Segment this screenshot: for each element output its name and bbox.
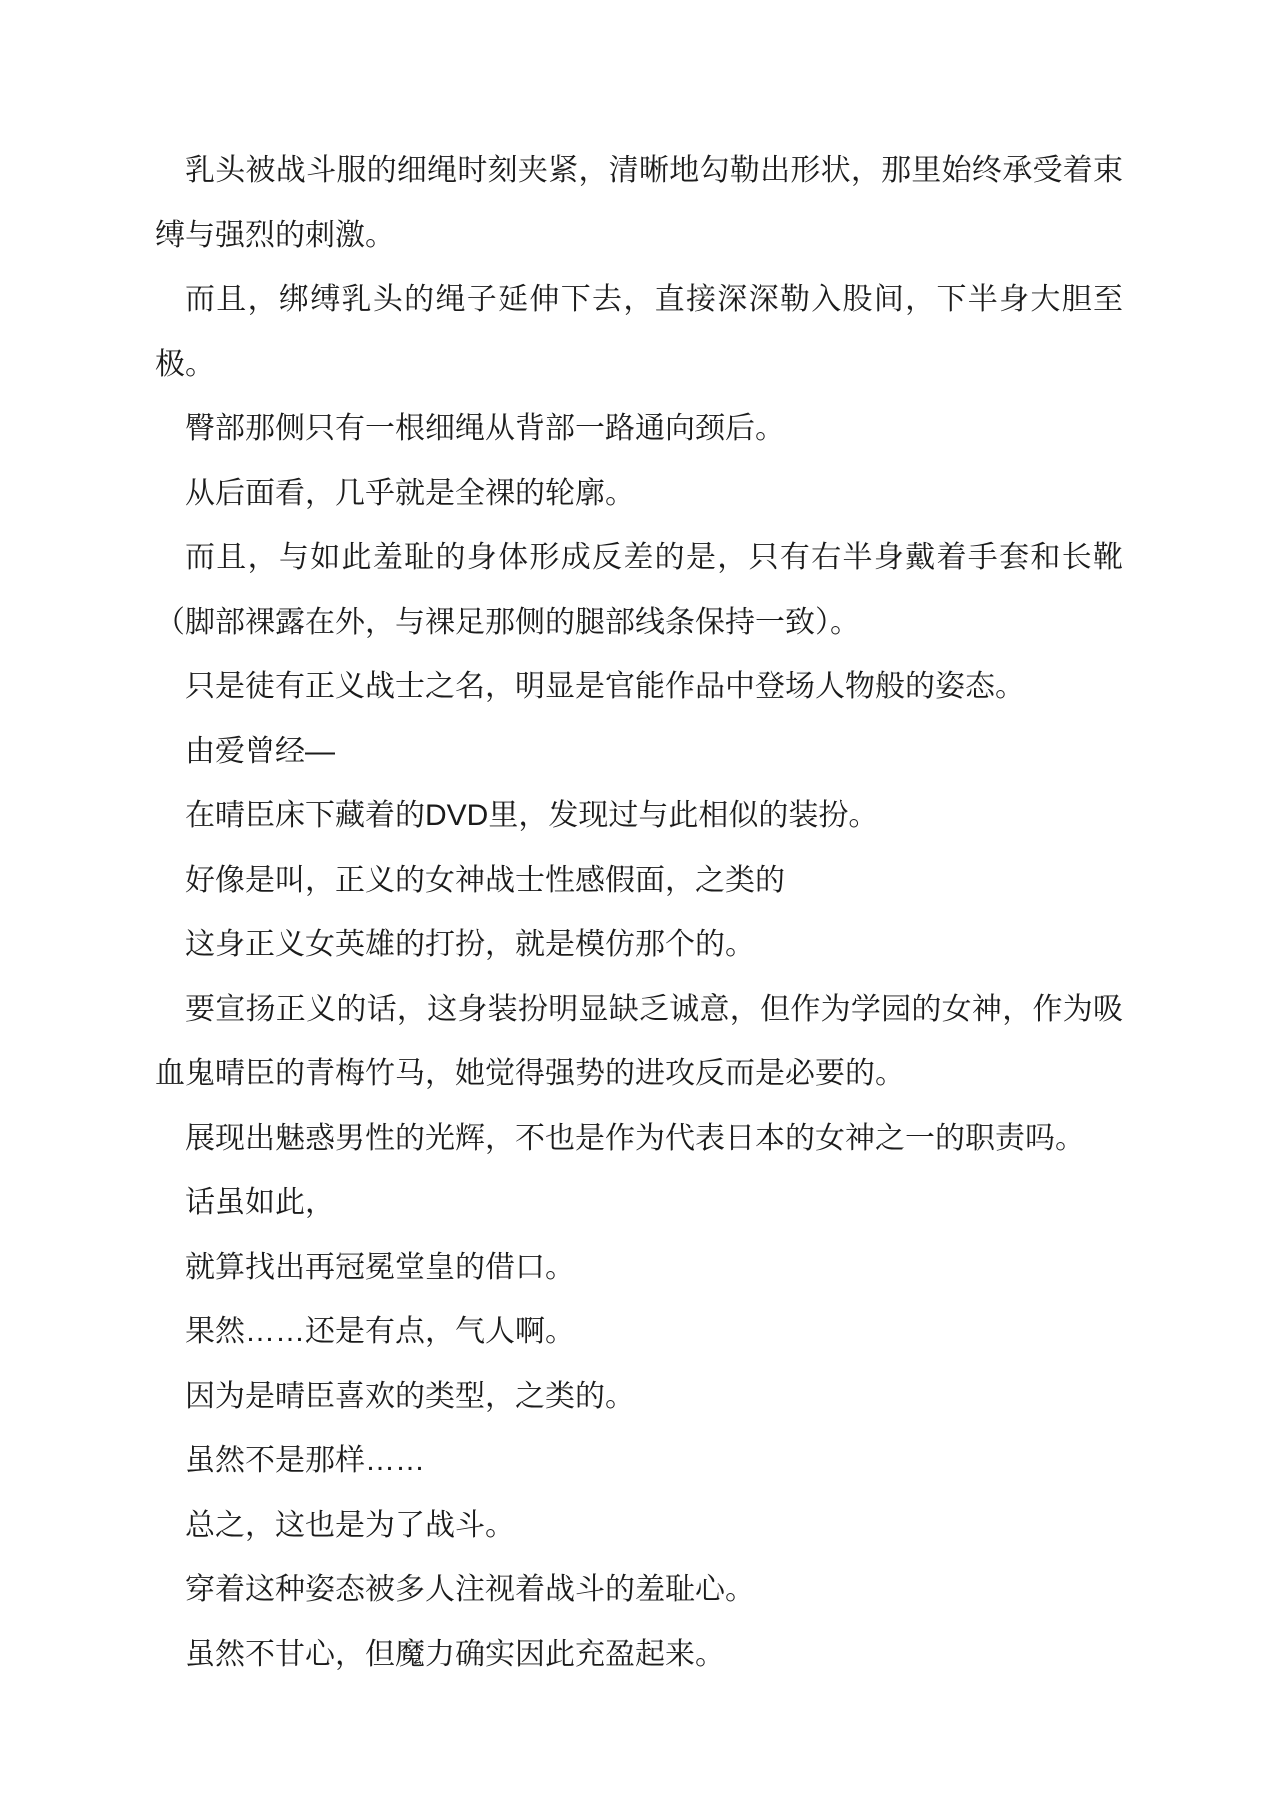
paragraph: 而且，与如此羞耻的身体形成反差的是，只有右半身戴着手套和长靴（脚部裸露在外，与裸… (155, 526, 1123, 655)
paragraph: 果然……还是有点，气人啊。 (155, 1300, 1123, 1365)
paragraph: 虽然不是那样…… (155, 1429, 1123, 1494)
paragraph: 虽然不甘心，但魔力确实因此充盈起来。 (155, 1623, 1123, 1688)
paragraph: 在晴臣床下藏着的DVD里，发现过与此相似的装扮。 (155, 784, 1123, 849)
paragraph: 只是徒有正义战士之名，明显是官能作品中登场人物般的姿态。 (155, 655, 1123, 720)
paragraph: 这身正义女英雄的打扮，就是模仿那个的。 (155, 913, 1123, 978)
paragraph: 总之，这也是为了战斗。 (155, 1494, 1123, 1559)
paragraph: 乳头被战斗服的细绳时刻夹紧，清晰地勾勒出形状，那里始终承受着束缚与强烈的刺激。 (155, 139, 1123, 268)
paragraph: 从后面看，几乎就是全裸的轮廓。 (155, 462, 1123, 527)
paragraph: 而且，绑缚乳头的绳子延伸下去，直接深深勒入股间，下半身大胆至极。 (155, 268, 1123, 397)
paragraph: 因为是晴臣喜欢的类型，之类的。 (155, 1365, 1123, 1430)
paragraph: 就算找出再冠冕堂皇的借口。 (155, 1236, 1123, 1301)
paragraph: 要宣扬正义的话，这身装扮明显缺乏诚意，但作为学园的女神，作为吸血鬼晴臣的青梅竹马… (155, 978, 1123, 1107)
paragraph: 话虽如此， (155, 1171, 1123, 1236)
document-page: 乳头被战斗服的细绳时刻夹紧，清晰地勾勒出形状，那里始终承受着束缚与强烈的刺激。 … (0, 0, 1279, 1687)
paragraph: 由爱曾经— (155, 720, 1123, 785)
paragraph: 臀部那侧只有一根细绳从背部一路通向颈后。 (155, 397, 1123, 462)
paragraph: 展现出魅惑男性的光辉，不也是作为代表日本的女神之一的职责吗。 (155, 1107, 1123, 1172)
paragraph: 好像是叫，正义的女神战士性感假面，之类的 (155, 849, 1123, 914)
paragraph: 穿着这种姿态被多人注视着战斗的羞耻心。 (155, 1558, 1123, 1623)
